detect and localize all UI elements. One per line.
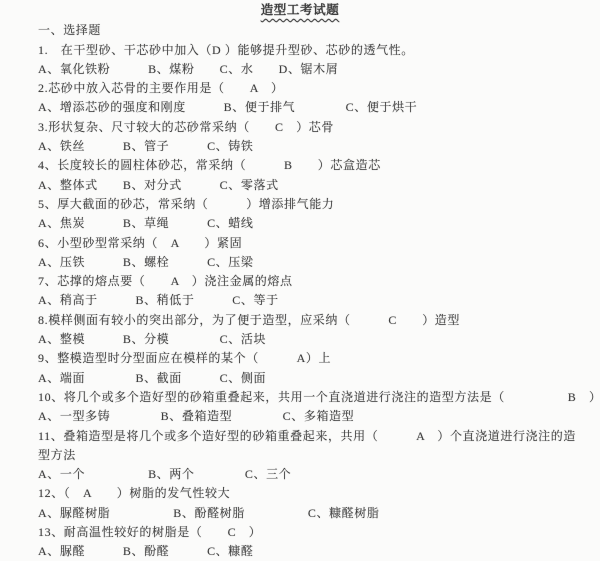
page-title: 造型工考试题 bbox=[261, 3, 340, 17]
question-8-options: A、整模 B、分模 C、活块 bbox=[0, 330, 600, 349]
question-13-options: A、脲醛 B、酚醛 C、糠醛 bbox=[0, 542, 600, 561]
question-2-text: 2.芯砂中放入芯骨的主要作用是（ A ） bbox=[0, 79, 600, 98]
exam-document: 造型工考试题 一、选择题 1. 在干型砂、干芯砂中加入（D ）能够提升型砂、芯砂… bbox=[0, 0, 600, 561]
question-10-options: A、一型多铸 B、叠箱造型 C、多箱造型 bbox=[0, 407, 600, 426]
question-13-text: 13、耐高温性较好的树脂是（ C ） bbox=[0, 523, 600, 542]
question-1-text: 1. 在干型砂、干芯砂中加入（D ）能够提升型砂、芯砂的透气性。 bbox=[0, 41, 600, 60]
question-12-text: 12、（ A ）树脂的发气性较大 bbox=[0, 484, 600, 503]
question-11-options: A、一个 B、两个 C、三个 bbox=[0, 465, 600, 484]
question-2-options: A、增添芯砂的强度和刚度 B、便于排气 C、便于烘干 bbox=[0, 98, 600, 117]
title-row: 造型工考试题 bbox=[0, 2, 600, 21]
question-5-options: A、焦炭 B、草绳 C、蜡线 bbox=[0, 214, 600, 233]
question-11-text: 11、叠箱造型是将几个或多个造好型的砂箱重叠起来，共用（ A ）个直浇道进行浇注… bbox=[0, 427, 600, 446]
question-9-options: A、端面 B、截面 C、侧面 bbox=[0, 369, 600, 388]
question-3-text: 3.形状复杂、尺寸较大的芯砂常采纳（ C ）芯骨 bbox=[0, 118, 600, 137]
question-6-text: 6、小型砂型常采纳（ A ）紧固 bbox=[0, 234, 600, 253]
question-4-options: A、整体式 B、对分式 C、零落式 bbox=[0, 176, 600, 195]
question-11-text-continued: 型方法 bbox=[0, 446, 600, 465]
question-12-options: A、脲醛树脂 B、酚醛树脂 C、糠醛树脂 bbox=[0, 504, 600, 523]
question-10-text: 10、将几个或多个造好型的砂箱重叠起来，共用一个直浇道进行浇注的造型方法是（ B… bbox=[0, 388, 600, 407]
section-heading: 一、选择题 bbox=[0, 21, 600, 40]
question-4-text: 4、长度较长的圆柱体砂芯，常采纳（ B ）芯盒造芯 bbox=[0, 156, 600, 175]
question-1-options: A、氧化铁粉 B、煤粉 C、水 D、锯木屑 bbox=[0, 60, 600, 79]
question-8-text: 8.模样侧面有较小的突出部分，为了便于造型，应采纳（ C ）造型 bbox=[0, 311, 600, 330]
question-5-text: 5、厚大截面的砂芯，常采纳（ ）增添排气能力 bbox=[0, 195, 600, 214]
question-3-options: A、铁丝 B、管子 C、铸铁 bbox=[0, 137, 600, 156]
question-7-text: 7、芯撑的熔点要（ A ）浇注金属的熔点 bbox=[0, 272, 600, 291]
question-7-options: A、稍高于 B、稍低于 C、等于 bbox=[0, 291, 600, 310]
question-9-text: 9、整模造型时分型面应在模样的某个（ A）上 bbox=[0, 349, 600, 368]
question-6-options: A、压铁 B、螺栓 C、压梁 bbox=[0, 253, 600, 272]
